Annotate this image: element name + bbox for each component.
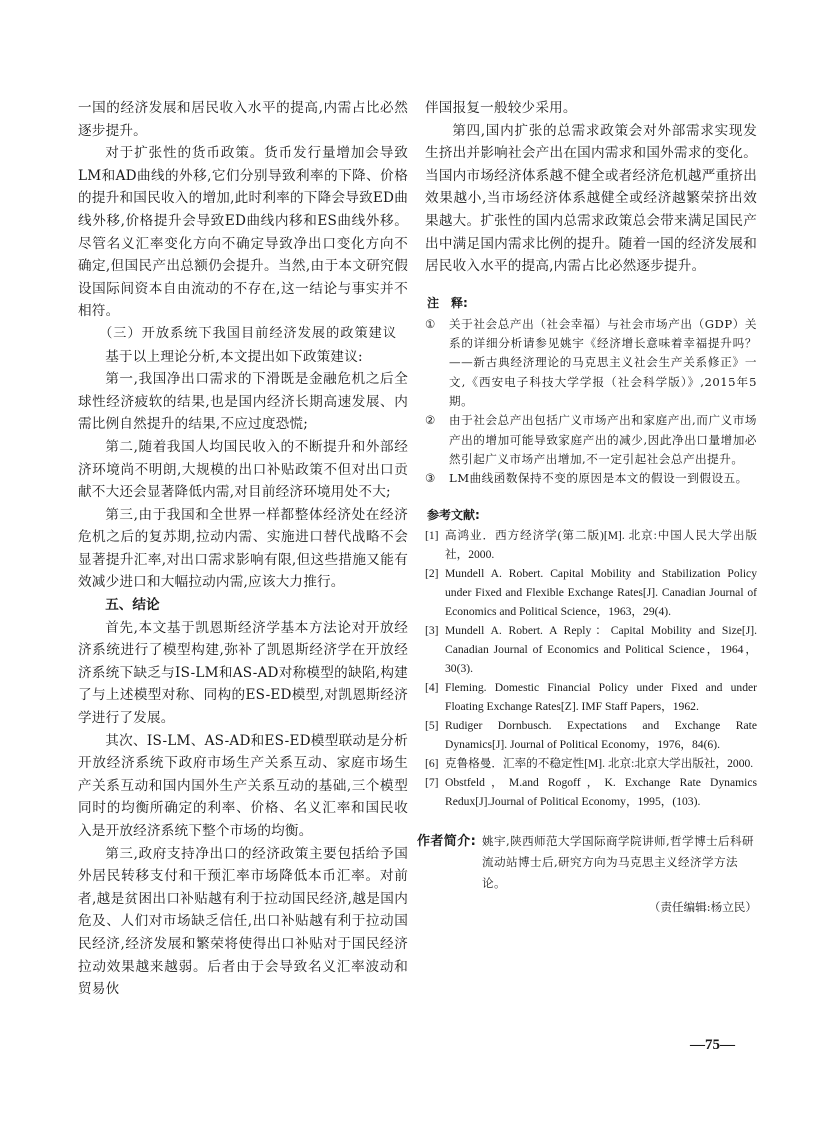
author-bio-text: 姚宇,陕西师范大学国际商学院讲师,哲学博士后科研流动站博士后,研究方向为马克思主… bbox=[482, 834, 754, 890]
reference-item: [1]高鸿业．西方经济学(第二版)[M]. 北京:中国人民大学出版社，2000. bbox=[425, 526, 757, 564]
references-title: 参考文献: bbox=[427, 506, 757, 523]
reference-marker: [4] bbox=[425, 678, 439, 697]
paragraph: 第二,随着我国人均国民收入的不断提升和外部经济环境尚不明朗,大规模的出口补贴政策… bbox=[78, 436, 408, 504]
reference-item: [6]克鲁格曼．汇率的不稳定性[M]. 北京:北京大学出版社，2000. bbox=[425, 754, 757, 773]
page-number: —75— bbox=[690, 1037, 735, 1054]
reference-marker: [7] bbox=[425, 773, 439, 792]
section-heading: 五、结论 bbox=[78, 594, 408, 617]
paragraph: 第三,由于我国和全世界一样都整体经济处在经济危机之后的复苏期,拉动内需、实施进口… bbox=[78, 504, 408, 594]
reference-text: Mundell A. Robert. Capital Mobility and … bbox=[445, 567, 757, 618]
reference-marker: [2] bbox=[425, 564, 439, 583]
note-item: ③LM曲线函数保持不变的原因是本文的假设一到假设五。 bbox=[425, 469, 757, 488]
notes-list: ①关于社会总产出（社会幸福）与社会市场产出（GDP）关系的详细分析请参见姚宇《经… bbox=[425, 315, 757, 489]
references-list: [1]高鸿业．西方经济学(第二版)[M]. 北京:中国人民大学出版社，2000.… bbox=[425, 526, 757, 811]
note-marker: ① bbox=[425, 315, 436, 334]
note-text: 由于社会总产出包括广义市场产出和家庭产出,而广义市场产出的增加可能导致家庭产出的… bbox=[449, 413, 757, 466]
paragraph: 第三,政府支持净出口的经济政策主要包括给予国外居民转移支付和干预汇率市场降低本币… bbox=[78, 843, 408, 1001]
paragraph: 基于以上理论分析,本文提出如下政策建议: bbox=[78, 346, 408, 369]
reference-item: [2]Mundell A. Robert. Capital Mobility a… bbox=[425, 564, 757, 621]
paragraph: 伴国报复一般较少采用。 bbox=[425, 97, 757, 120]
reference-text: Obstfeld，M.and Rogoff，K. Exchange Rate D… bbox=[445, 776, 757, 808]
reference-marker: [1] bbox=[425, 526, 439, 545]
reference-marker: [3] bbox=[425, 621, 439, 640]
paragraph: 一国的经济发展和居民收入水平的提高,内需占比必然逐步提升。 bbox=[78, 97, 408, 142]
right-column: 伴国报复一般较少采用。 第四,国内扩张的总需求政策会对外部需求实现发生挤出并影响… bbox=[425, 97, 757, 918]
note-marker: ② bbox=[425, 411, 436, 430]
paragraph: 第一,我国净出口需求的下滑既是金融危机之后全球性经济疲软的结果,也是国内经济长期… bbox=[78, 368, 408, 436]
paragraph: 其次、IS-LM、AS-AD和ES-ED模型联动是分析开放经济系统下政府市场生产… bbox=[78, 730, 408, 843]
reference-item: [3]Mundell A. Robert. A Reply：Capital Mo… bbox=[425, 621, 757, 678]
note-marker: ③ bbox=[425, 469, 436, 488]
note-text: LM曲线函数保持不变的原因是本文的假设一到假设五。 bbox=[449, 471, 748, 485]
paragraph: 对于扩张性的货币政策。货币发行量增加会导致LM和AD曲线的外移,它们分别导致利率… bbox=[78, 142, 408, 323]
reference-item: [5]Rudiger Dornbusch. Expectations and E… bbox=[425, 716, 757, 754]
reference-marker: [5] bbox=[425, 716, 439, 735]
note-item: ②由于社会总产出包括广义市场产出和家庭产出,而广义市场产出的增加可能导致家庭产出… bbox=[425, 411, 757, 469]
author-bio-label: 作者简介: bbox=[417, 831, 476, 852]
reference-text: Mundell A. Robert. A Reply：Capital Mobil… bbox=[445, 624, 757, 675]
reference-text: Rudiger Dornbusch. Expectations and Exch… bbox=[445, 719, 757, 751]
reference-text: 克鲁格曼．汇率的不稳定性[M]. 北京:北京大学出版社，2000. bbox=[445, 757, 753, 770]
author-bio: 作者简介: 姚宇,陕西师范大学国际商学院讲师,哲学博士后科研流动站博士后,研究方… bbox=[425, 831, 757, 894]
subheading: （三）开放系统下我国目前经济发展的政策建议 bbox=[78, 323, 408, 346]
paragraph: 第四,国内扩张的总需求政策会对外部需求实现发生挤出并影响社会产出在国内需求和国外… bbox=[425, 120, 757, 278]
notes-title: 注 释: bbox=[427, 294, 757, 311]
paragraph: 首先,本文基于凯恩斯经济学基本方法论对开放经济系统进行了模型构建,弥补了凯恩斯经… bbox=[78, 617, 408, 730]
editor-credit: （责任编辑:杨立民） bbox=[425, 896, 757, 918]
reference-text: Fleming. Domestic Financial Policy under… bbox=[445, 681, 757, 713]
note-item: ①关于社会总产出（社会幸福）与社会市场产出（GDP）关系的详细分析请参见姚宇《经… bbox=[425, 315, 757, 411]
left-column: 一国的经济发展和居民收入水平的提高,内需占比必然逐步提升。 对于扩张性的货币政策… bbox=[78, 97, 408, 1001]
reference-text: 高鸿业．西方经济学(第二版)[M]. 北京:中国人民大学出版社，2000. bbox=[445, 529, 757, 561]
note-text: 关于社会总产出（社会幸福）与社会市场产出（GDP）关系的详细分析请参见姚宇《经济… bbox=[449, 317, 757, 408]
reference-item: [7]Obstfeld，M.and Rogoff，K. Exchange Rat… bbox=[425, 773, 757, 811]
reference-marker: [6] bbox=[425, 754, 439, 773]
reference-item: [4]Fleming. Domestic Financial Policy un… bbox=[425, 678, 757, 716]
